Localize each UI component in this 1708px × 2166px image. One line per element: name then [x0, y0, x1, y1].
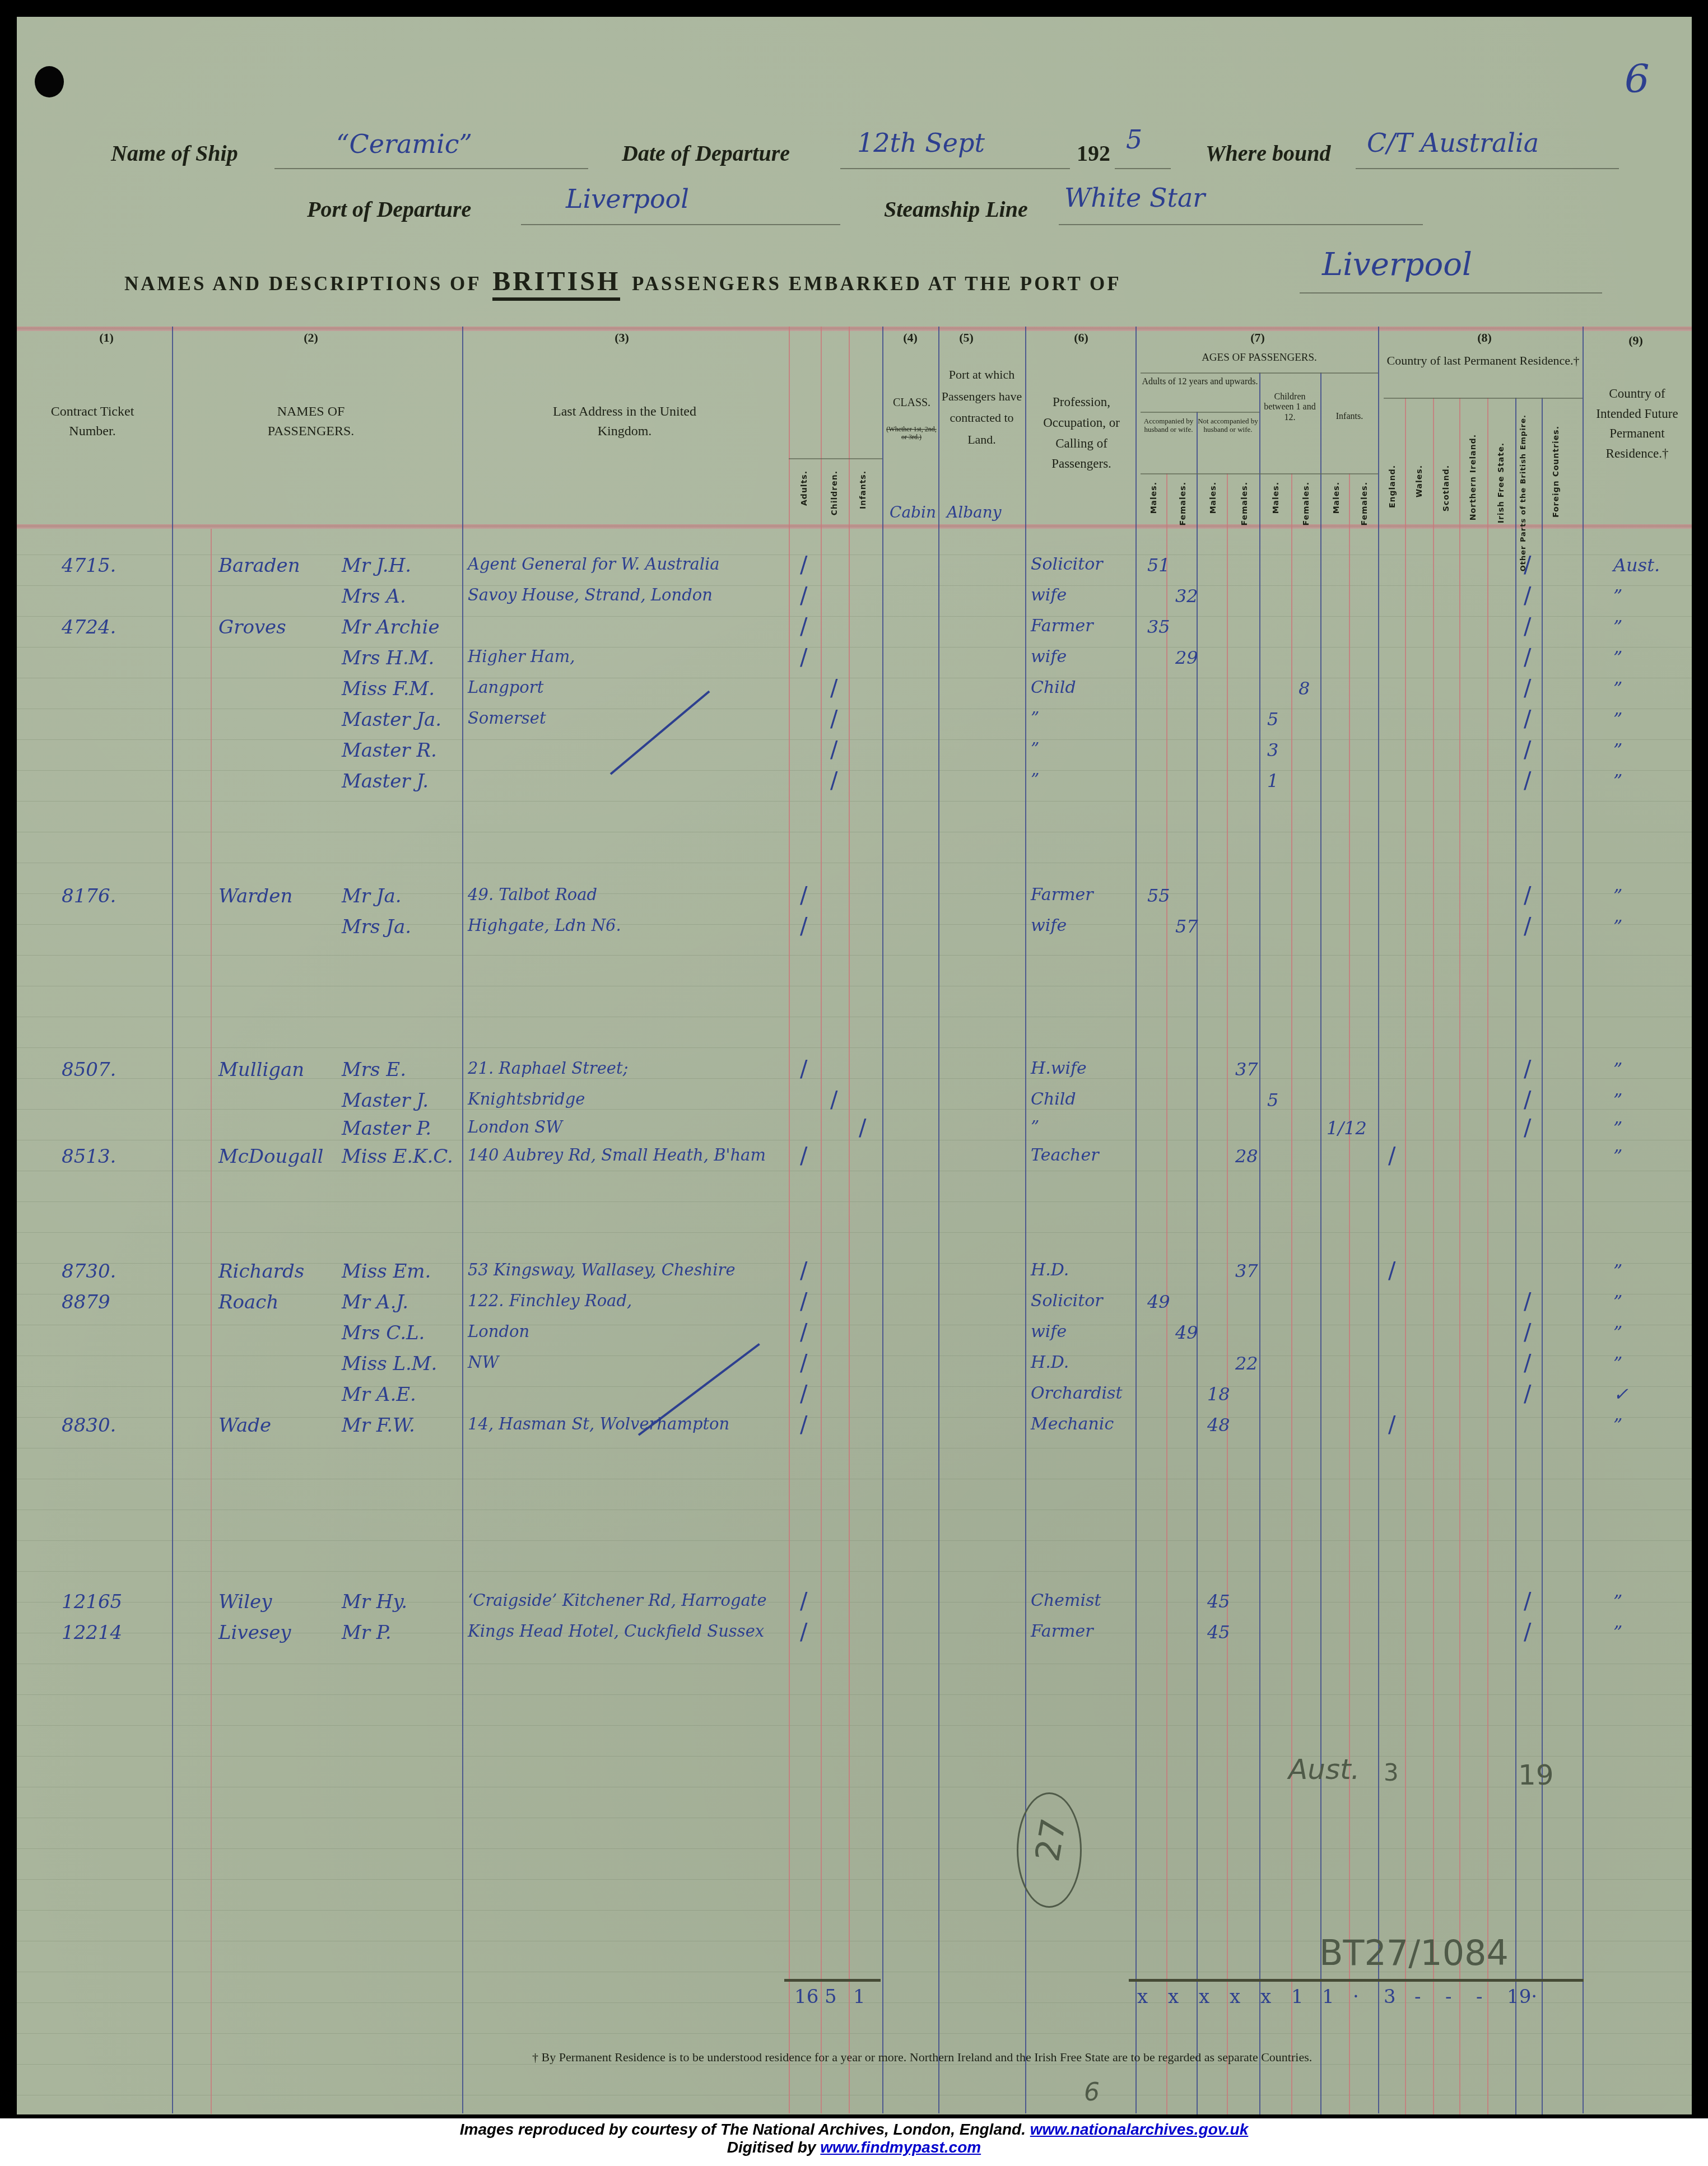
- passenger-given-name: Mr Archie: [342, 616, 440, 639]
- occupation: H.D.: [1031, 1260, 1069, 1280]
- col4-heading: CLASS.: [885, 395, 938, 411]
- col1-heading: Contract Ticket Number.: [39, 402, 146, 441]
- col9-number: (9): [1619, 333, 1653, 348]
- occupation: ”: [1031, 709, 1039, 728]
- ship-underline: [274, 168, 588, 169]
- residence-tick: /: [1524, 1350, 1531, 1376]
- passenger-age: 37: [1235, 1059, 1258, 1080]
- occupation: ”: [1031, 770, 1039, 790]
- passenger-age: 45: [1207, 1591, 1230, 1612]
- archive-reference: BT27/1084: [1319, 1932, 1509, 1973]
- age-total: x: [1260, 1986, 1271, 2008]
- last-address: London: [468, 1322, 529, 1341]
- col6-heading: Profession, Occupation, or Calling of Pa…: [1030, 392, 1133, 474]
- credits-line1: Images reproduced by courtesy of The Nat…: [460, 2121, 1026, 2138]
- occupation: Chemist: [1031, 1591, 1101, 1610]
- residence-tick: /: [1524, 1289, 1531, 1315]
- col-divider-1: [172, 327, 173, 2113]
- ruling-line: [17, 1356, 1692, 1356]
- passenger-given-name: Mr A.J.: [342, 1291, 408, 1313]
- passenger-given-name: Miss E.K.C.: [342, 1145, 453, 1168]
- ruling-line: [17, 955, 1692, 956]
- country-sub-2: [1433, 398, 1434, 2114]
- residence-tick: /: [1524, 768, 1531, 794]
- col-divider-2: [462, 327, 463, 2113]
- ticket-number: 8879: [62, 1291, 110, 1313]
- col2-heading: NAMES OF PASSENGERS.: [241, 402, 381, 441]
- ages-header-line: [1141, 372, 1378, 374]
- passenger-given-name: Master R.: [342, 739, 437, 762]
- last-address: 14, Hasman St, Wolverhampton: [468, 1414, 729, 1433]
- col6-number: (6): [1064, 330, 1098, 345]
- country-sub-6: [1542, 398, 1543, 2114]
- passenger-given-name: Mr F.W.: [342, 1414, 415, 1437]
- circled-total: 27: [1028, 1815, 1074, 1864]
- age-total: -: [1414, 1986, 1421, 2008]
- count-tick: /: [800, 552, 807, 578]
- last-address: London SW: [468, 1117, 562, 1136]
- country-england-heading: England.: [1388, 465, 1397, 508]
- age-total: ·: [1353, 1986, 1359, 2008]
- last-address: NW: [468, 1353, 499, 1372]
- passenger-surname: Wade: [218, 1414, 271, 1437]
- last-address: Knightsbridge: [468, 1089, 585, 1108]
- sex-heading-3: Males.: [1209, 482, 1218, 514]
- page-title: NAMES AND DESCRIPTIONS OF BRITISH PASSEN…: [124, 266, 1121, 297]
- ruling-line: [17, 1848, 1692, 1849]
- sex-heading-5: Males.: [1272, 482, 1281, 514]
- age-total: 1: [1291, 1986, 1304, 2008]
- country-sub-5: [1515, 398, 1516, 2114]
- col4-subheading: (Whether 1st, 2nd, or 3rd.): [886, 426, 937, 441]
- passenger-age: 49: [1175, 1322, 1198, 1343]
- occupation: Child: [1031, 678, 1076, 697]
- passenger-surname: Baraden: [218, 555, 300, 577]
- ticket-number: 8730.: [62, 1260, 116, 1283]
- count-tick: /: [800, 1143, 807, 1169]
- count-tick: /: [800, 583, 807, 609]
- passenger-age: 5: [1267, 1089, 1278, 1111]
- future-residence: ”: [1613, 770, 1622, 791]
- col5-heading: Port at which Passengers have contracted…: [941, 364, 1022, 450]
- country-sub-1: [1405, 398, 1406, 2114]
- aust-children: 3: [1384, 1759, 1399, 1786]
- col9-heading: Country of Intended Future Permanent Res…: [1588, 384, 1686, 464]
- title-part2: PASSENGERS EMBARKED AT THE PORT OF: [632, 273, 1121, 295]
- passenger-age: 8: [1299, 678, 1310, 699]
- count-tick: /: [800, 1381, 807, 1407]
- passenger-age: 32: [1175, 585, 1198, 607]
- residence-tick: /: [1524, 914, 1531, 939]
- residence-tick: /: [1388, 1412, 1395, 1438]
- occupation: wife: [1031, 647, 1067, 667]
- count-infants-heading: Infants.: [859, 471, 868, 509]
- passenger-given-name: Master J.: [342, 770, 429, 793]
- passenger-age: 3: [1267, 739, 1278, 761]
- ruling-line: [17, 1140, 1692, 1140]
- ruling-line: [17, 585, 1692, 586]
- passenger-surname: Wiley: [218, 1591, 272, 1613]
- future-residence: ”: [1613, 1145, 1622, 1167]
- col-red-5: [849, 327, 850, 2113]
- passenger-surname: Richards: [218, 1260, 304, 1283]
- ticket-number: 8513.: [62, 1145, 116, 1168]
- col-divider-8: [1378, 327, 1379, 2113]
- age-total: -: [1445, 1986, 1452, 2008]
- bound-label: Where bound: [1206, 140, 1330, 166]
- last-address: Kings Head Hotel, Cuckfield Sussex: [468, 1622, 764, 1641]
- residence-tick: /: [1524, 1056, 1531, 1082]
- bottom-mark: 6: [1084, 2078, 1100, 2107]
- last-address: Langport: [468, 678, 543, 697]
- future-residence: ”: [1613, 739, 1622, 761]
- occupation: Teacher: [1031, 1145, 1099, 1165]
- future-residence: ”: [1613, 1622, 1622, 1643]
- ruling-line: [17, 647, 1692, 648]
- adults-heading: Adults of 12 years and upwards.: [1141, 377, 1259, 387]
- country-scotland-heading: Scotland.: [1442, 465, 1451, 511]
- count-tick: /: [800, 1412, 807, 1438]
- line-underline: [1059, 224, 1423, 225]
- passenger-given-name: Miss F.M.: [342, 678, 435, 700]
- ruling-line: [17, 1017, 1692, 1017]
- age-total: 1: [1322, 1986, 1334, 2008]
- last-address: Somerset: [468, 709, 546, 728]
- passenger-given-name: Mr Hy.: [342, 1591, 407, 1613]
- count-tick: /: [830, 1087, 837, 1113]
- count-total: 16: [794, 1986, 818, 2008]
- ruling-line: [17, 1448, 1692, 1448]
- col2-number: (2): [288, 330, 333, 345]
- port-underline: [521, 224, 840, 225]
- col-red-4: [821, 327, 822, 2113]
- last-address: Highgate, Ldn N6.: [468, 916, 621, 935]
- ruling-line: [17, 1232, 1692, 1233]
- infants-heading: Infants.: [1321, 412, 1377, 422]
- ruling-line: [17, 709, 1692, 709]
- age-total: x: [1230, 1986, 1240, 2008]
- passenger-given-name: Mr A.E.: [342, 1384, 416, 1406]
- year-underline: [1115, 168, 1171, 169]
- residence-tick: /: [1524, 737, 1531, 763]
- passenger-surname: McDougall: [218, 1145, 323, 1168]
- future-residence: ”: [1613, 916, 1622, 937]
- title-part1: NAMES AND DESCRIPTIONS OF: [124, 273, 481, 295]
- sex-heading-7: Males.: [1332, 482, 1341, 514]
- passenger-given-name: Mr J.H.: [342, 555, 411, 577]
- passenger-given-name: Mrs Ja.: [342, 916, 411, 938]
- national-archives-link[interactable]: www.nationalarchives.gov.uk: [1030, 2121, 1249, 2138]
- count-tick: /: [830, 676, 837, 701]
- sex-heading-2: Females.: [1179, 482, 1188, 525]
- occupation: wife: [1031, 1322, 1067, 1341]
- passenger-surname: Livesey: [218, 1622, 291, 1644]
- passenger-given-name: Miss L.M.: [342, 1353, 437, 1375]
- passenger-surname: Groves: [218, 616, 286, 639]
- residence-tick: /: [1524, 645, 1531, 670]
- occupation: wife: [1031, 916, 1067, 935]
- sex-heading-6: Females.: [1302, 482, 1311, 525]
- not-accompanied-heading: Not accompanied by husband or wife.: [1198, 417, 1258, 434]
- count-tick: /: [800, 614, 807, 640]
- count-total: 5: [825, 1986, 837, 2008]
- age-total: x: [1137, 1986, 1148, 2008]
- passenger-age: 45: [1207, 1622, 1230, 1643]
- count-tick: /: [800, 1056, 807, 1082]
- ruling-line: [17, 739, 1692, 740]
- occupation: Farmer: [1031, 1622, 1093, 1641]
- age-sub-7: [1349, 473, 1350, 2114]
- country-wales-heading: Wales.: [1415, 465, 1424, 497]
- ruling-line: [17, 1879, 1692, 1880]
- port-label: Port of Departure: [307, 196, 471, 222]
- occupation: H.wife: [1031, 1059, 1087, 1078]
- col5-number: (5): [950, 330, 983, 345]
- age-total-rule: [1129, 1979, 1584, 1982]
- sex-heading-8: Females.: [1360, 482, 1369, 525]
- future-residence: ”: [1613, 647, 1622, 668]
- country-header-line: [1384, 398, 1583, 399]
- last-address: Agent General for W. Australia: [468, 555, 720, 574]
- count-tick: /: [800, 1619, 807, 1645]
- count-tick: /: [830, 768, 837, 794]
- date-label: Date of Departure: [622, 140, 790, 166]
- ticket-number: 12214: [62, 1622, 122, 1644]
- future-residence: ”: [1613, 1089, 1622, 1111]
- port-value: Liverpool: [566, 184, 689, 214]
- ruling-line: [17, 1756, 1692, 1757]
- adults-header-line: [1141, 412, 1259, 413]
- passenger-age: 5: [1267, 709, 1278, 730]
- count-tick: /: [800, 1350, 807, 1376]
- passenger-age: 37: [1235, 1260, 1258, 1282]
- sex-header-line: [1141, 473, 1378, 474]
- future-residence: ”: [1613, 709, 1622, 730]
- age-sub-5: [1291, 473, 1292, 2114]
- ruling-line: [17, 1694, 1692, 1695]
- ship-value: “Ceramic”: [336, 129, 472, 159]
- col-red-2: [211, 529, 212, 2114]
- occupation: Child: [1031, 1089, 1076, 1109]
- line-value: White Star: [1064, 183, 1205, 213]
- count-total: 1: [853, 1986, 865, 2008]
- age-total: -: [1476, 1986, 1483, 2008]
- residence-tick: /: [1524, 1619, 1531, 1645]
- accompanied-heading: Accompanied by husband or wife.: [1141, 417, 1197, 434]
- residence-tick: /: [1524, 1589, 1531, 1614]
- sex-heading-1: Males.: [1149, 482, 1158, 514]
- aust-label: Aust.: [1288, 1753, 1360, 1786]
- aust-total: 19: [1518, 1759, 1554, 1791]
- residence-tick: /: [1524, 583, 1531, 609]
- future-residence: ”: [1613, 1059, 1622, 1080]
- passenger-age: 51: [1147, 555, 1170, 576]
- count-tick: /: [800, 645, 807, 670]
- count-tick: /: [830, 737, 837, 763]
- future-residence: Aust.: [1613, 555, 1660, 576]
- count-header-line: [789, 458, 882, 459]
- passenger-given-name: Mrs H.M.: [342, 647, 434, 669]
- findmypast-link[interactable]: www.findmypast.com: [820, 2139, 981, 2156]
- occupation: Orchardist: [1031, 1384, 1123, 1403]
- ruling-line: [17, 1479, 1692, 1479]
- last-address: Savoy House, Strand, London: [468, 585, 713, 604]
- age-sub-4: [1259, 372, 1260, 2114]
- occupation: wife: [1031, 585, 1067, 605]
- year-suffix: 5: [1126, 124, 1142, 155]
- last-address: 122. Finchley Road,: [468, 1291, 632, 1310]
- residence-tick: /: [1524, 552, 1531, 578]
- col-divider-4: [882, 327, 883, 2113]
- sex-heading-4: Females.: [1240, 482, 1249, 525]
- col7-heading: AGES OF PASSENGERS.: [1141, 350, 1378, 366]
- count-total-rule: [784, 1979, 881, 1982]
- credits-line2: Digitised by: [727, 2139, 816, 2156]
- col-divider-7: [1135, 327, 1137, 2113]
- date-underline: [840, 168, 1070, 169]
- passenger-given-name: Mr P.: [342, 1622, 392, 1644]
- col8-number: (8): [1468, 330, 1501, 345]
- ruling-line: [17, 863, 1692, 863]
- col4-number: (4): [893, 330, 927, 345]
- future-residence: ”: [1613, 1260, 1622, 1282]
- class-value: Cabin: [890, 503, 936, 521]
- passenger-given-name: Mrs A.: [342, 585, 406, 608]
- passenger-age: 55: [1147, 885, 1170, 906]
- passenger-age: 1/12: [1327, 1117, 1367, 1139]
- passenger-age: 28: [1235, 1145, 1258, 1167]
- page-number: 6: [1625, 56, 1650, 102]
- count-tick: /: [800, 914, 807, 939]
- ruling-line: [17, 986, 1692, 986]
- last-address: ‘Craigside’ Kitchener Rd, Harrogate: [468, 1591, 767, 1610]
- passenger-age: 1: [1267, 770, 1278, 791]
- residence-tick: /: [1524, 614, 1531, 640]
- ruling-line: [17, 1325, 1692, 1325]
- passenger-given-name: Mrs E.: [342, 1059, 406, 1081]
- col8-heading: Country of last Permanent Residence.†: [1384, 353, 1583, 369]
- count-children-heading: Children.: [830, 471, 839, 516]
- count-tick: /: [800, 1589, 807, 1614]
- ruling-line: [17, 832, 1692, 832]
- future-residence: ”: [1613, 1414, 1622, 1436]
- ruling-line: [17, 1510, 1692, 1510]
- future-residence: ”: [1613, 1353, 1622, 1374]
- ruling-line: [17, 1047, 1692, 1048]
- passenger-age: 48: [1207, 1414, 1230, 1436]
- ruling-line: [17, 801, 1692, 802]
- passenger-age: 18: [1207, 1384, 1230, 1405]
- count-tick: /: [800, 1289, 807, 1315]
- passenger-given-name: Miss Em.: [342, 1260, 431, 1283]
- ruling-line: [17, 1571, 1692, 1572]
- passenger-age: 49: [1147, 1291, 1170, 1312]
- residence-tick: /: [1524, 883, 1531, 909]
- passenger-given-name: Master J.: [342, 1089, 429, 1112]
- ruling-line: [17, 1818, 1692, 1818]
- year-prefix: 192: [1077, 140, 1110, 166]
- future-residence: ✓: [1613, 1384, 1628, 1405]
- title-british: BRITISH: [492, 267, 620, 301]
- residence-tick: /: [1388, 1258, 1395, 1284]
- occupation: ”: [1031, 1117, 1039, 1137]
- ruling-line: [17, 1725, 1692, 1726]
- age-sub-3: [1227, 473, 1228, 2114]
- col1-number: (1): [84, 330, 129, 345]
- future-residence: ”: [1613, 1322, 1622, 1343]
- country-sub-4: [1487, 398, 1488, 2114]
- passenger-age: 57: [1175, 916, 1198, 937]
- country-ifs-heading: Irish Free State.: [1497, 442, 1506, 523]
- residence-tick: /: [1524, 1087, 1531, 1113]
- ticket-number: 4715.: [62, 555, 116, 577]
- occupation: Farmer: [1031, 885, 1093, 905]
- header-bottom-rule: [17, 524, 1692, 529]
- ruling-line: [17, 1540, 1692, 1541]
- passenger-given-name: Mrs C.L.: [342, 1322, 425, 1344]
- residence-tick: /: [1524, 706, 1531, 732]
- ruling-line: [17, 1910, 1692, 1911]
- bound-underline: [1356, 168, 1619, 169]
- residence-tick: /: [1524, 676, 1531, 701]
- count-tick: /: [830, 706, 837, 732]
- ruling-line: [17, 770, 1692, 771]
- passenger-age: 35: [1147, 616, 1170, 637]
- count-tick: /: [800, 1320, 807, 1345]
- ruling-line: [17, 678, 1692, 678]
- col3-number: (3): [599, 330, 644, 345]
- ruling-line: [17, 924, 1692, 925]
- count-tick: /: [800, 883, 807, 909]
- count-tick: /: [859, 1115, 866, 1141]
- country-sub-3: [1459, 398, 1460, 2114]
- line-label: Steamship Line: [884, 196, 1028, 222]
- occupation: Solicitor: [1031, 555, 1103, 574]
- future-residence: ”: [1613, 678, 1622, 699]
- col3-heading: Last Address in the United Kingdom.: [532, 402, 717, 441]
- country-empire-heading: Other Parts of the British Empire.: [1519, 414, 1538, 571]
- occupation: Mechanic: [1031, 1414, 1114, 1434]
- col-divider-9: [1583, 327, 1584, 2113]
- occupation: ”: [1031, 739, 1039, 759]
- last-address: 49. Talbot Road: [468, 885, 597, 904]
- title-port-value: Liverpool: [1322, 246, 1472, 283]
- residence-tick: /: [1524, 1381, 1531, 1407]
- occupation: Farmer: [1031, 616, 1093, 636]
- future-residence: ”: [1613, 885, 1622, 906]
- ruling-line: [17, 2033, 1692, 2034]
- header-top-rule: [17, 327, 1692, 331]
- bound-value: C/T Australia: [1367, 128, 1539, 158]
- date-value: 12th Sept: [857, 128, 985, 158]
- ruling-line: [17, 1787, 1692, 1787]
- footnote: † By Permanent Residence is to be unders…: [532, 2050, 1312, 2065]
- passenger-given-name: Master P.: [342, 1117, 431, 1140]
- landing-port-value: Albany: [947, 503, 1002, 521]
- ruling-line: [17, 1109, 1692, 1110]
- punch-hole: [35, 66, 64, 97]
- country-ni-heading: Northern Ireland.: [1469, 434, 1478, 520]
- passenger-surname: Roach: [218, 1291, 278, 1313]
- future-residence: ”: [1613, 1117, 1622, 1139]
- title-port-underline: [1300, 292, 1602, 294]
- passenger-surname: Warden: [218, 885, 292, 907]
- col-divider-5: [938, 327, 939, 2113]
- future-residence: ”: [1613, 585, 1622, 607]
- future-residence: ”: [1613, 616, 1622, 637]
- ticket-number: 4724.: [62, 616, 116, 639]
- residence-tick: /: [1524, 1115, 1531, 1141]
